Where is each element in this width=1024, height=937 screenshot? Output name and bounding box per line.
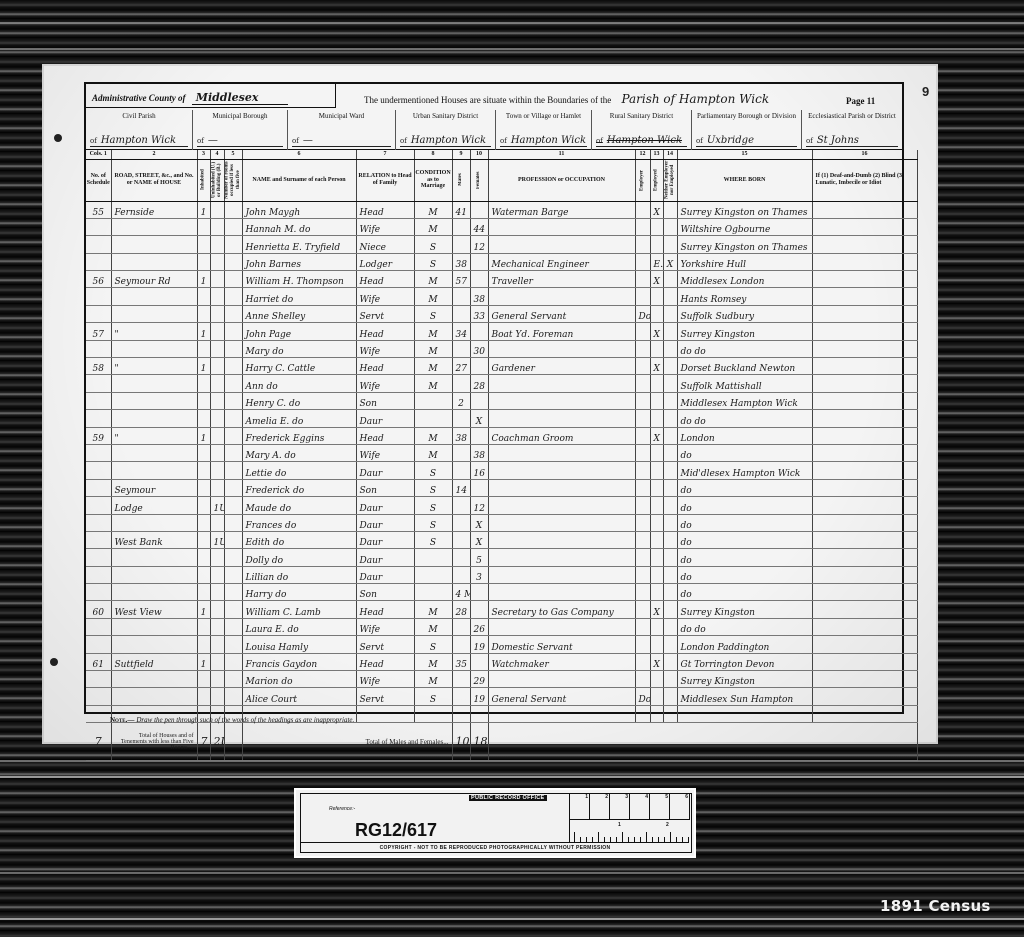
birthplace: do xyxy=(677,549,812,566)
inhabited: 1 xyxy=(197,323,210,340)
employed xyxy=(650,618,663,635)
scan-streak xyxy=(0,776,1024,778)
header-occupation: PROFESSION or OCCUPATION xyxy=(488,159,635,201)
schedule-number: 60 xyxy=(86,601,111,618)
header-road: ROAD, STREET, &c., and No. or NAME of HO… xyxy=(111,159,197,201)
person-name: Harry C. Cattle xyxy=(242,358,356,375)
infirmity xyxy=(812,427,917,444)
rooms xyxy=(224,253,242,270)
schedule-number xyxy=(86,618,111,635)
inhabited xyxy=(197,514,210,531)
male-age xyxy=(452,236,470,253)
inhabited xyxy=(197,566,210,583)
road-or-house: Seymour xyxy=(111,479,197,496)
male-age xyxy=(452,218,470,235)
relation: Head xyxy=(356,201,414,218)
person-name: Ann do xyxy=(242,375,356,392)
employer xyxy=(635,479,650,496)
relation: Wife xyxy=(356,288,414,305)
male-age xyxy=(452,288,470,305)
employed xyxy=(650,549,663,566)
employer xyxy=(635,618,650,635)
col-num: 10 xyxy=(470,150,488,159)
employer xyxy=(635,549,650,566)
road-or-house: Lodge xyxy=(111,497,197,514)
employer xyxy=(635,671,650,688)
birthplace: Wiltshire Ogbourne xyxy=(677,218,812,235)
schedule-number xyxy=(86,688,111,705)
relation: Daur xyxy=(356,514,414,531)
male-age: 35 xyxy=(452,653,470,670)
table-row: 61Suttfield1Francis GaydonHeadM35Watchma… xyxy=(86,653,917,670)
header-females: Females xyxy=(470,159,488,201)
relation: Daur xyxy=(356,531,414,548)
ruler-mark: 2 xyxy=(666,822,669,828)
inhabited xyxy=(197,618,210,635)
header-where-born: WHERE BORN xyxy=(677,159,812,201)
male-age xyxy=(452,671,470,688)
employed xyxy=(650,531,663,548)
table-row: Lillian doDaur3do xyxy=(86,566,917,583)
schedule-number xyxy=(86,253,111,270)
occupation xyxy=(488,375,635,392)
employer xyxy=(635,340,650,357)
inhabited-total: 7 xyxy=(197,723,210,761)
male-age xyxy=(452,514,470,531)
neither xyxy=(663,497,677,514)
infirmity xyxy=(812,375,917,392)
copyright-notice: COPYRIGHT - NOT TO BE REPRODUCED PHOTOGR… xyxy=(301,842,689,852)
female-age: 3 xyxy=(470,566,488,583)
inhabited xyxy=(197,305,210,322)
rooms xyxy=(224,288,242,305)
birthplace: Surrey Kingston on Thames xyxy=(677,236,812,253)
employer: Dom xyxy=(635,688,650,705)
person-name: Marion do xyxy=(242,671,356,688)
occupation xyxy=(488,218,635,235)
rooms xyxy=(224,201,242,218)
occupation xyxy=(488,392,635,409)
condition: M xyxy=(414,288,452,305)
employer xyxy=(635,653,650,670)
female-age xyxy=(470,201,488,218)
road-or-house: West Bank xyxy=(111,531,197,548)
header-neither: Neither Employer nor Employed xyxy=(663,159,677,201)
female-age xyxy=(470,601,488,618)
neither xyxy=(663,410,677,427)
neither xyxy=(663,288,677,305)
rooms xyxy=(224,479,242,496)
inhabited xyxy=(197,549,210,566)
admin-county-value: Middlesex xyxy=(192,91,289,105)
condition xyxy=(414,392,452,409)
inhabited xyxy=(197,288,210,305)
person-name: Laura E. do xyxy=(242,618,356,635)
table-row: Alice CourtServtS19General ServantDomMid… xyxy=(86,688,917,705)
inhabited xyxy=(197,688,210,705)
female-age: 26 xyxy=(470,618,488,635)
relation xyxy=(356,705,414,722)
totals-blank xyxy=(488,723,917,761)
employed xyxy=(650,514,663,531)
inhabited xyxy=(197,236,210,253)
uninhabited: 1U xyxy=(210,497,224,514)
uninhabited xyxy=(210,549,224,566)
rooms xyxy=(224,410,242,427)
person-name: Henry C. do xyxy=(242,392,356,409)
condition: M xyxy=(414,444,452,461)
road-or-house xyxy=(111,688,197,705)
census-table: Cols. 1 2 3 4 5 6 7 8 9 10 11 12 13 14 1… xyxy=(86,150,918,761)
road-or-house xyxy=(111,584,197,601)
male-age xyxy=(452,444,470,461)
condition: S xyxy=(414,253,452,270)
header-uninhabited: Uninhabited (U.) or Building (B.) xyxy=(210,159,224,201)
relation: Daur xyxy=(356,462,414,479)
employer xyxy=(635,271,650,288)
schedule-number: 55 xyxy=(86,201,111,218)
uninhabited xyxy=(210,601,224,618)
female-age: 33 xyxy=(470,305,488,322)
employer xyxy=(635,444,650,461)
rooms xyxy=(224,305,242,322)
schedule-number: 61 xyxy=(86,653,111,670)
table-row: 55Fernside1John MayghHeadM41Waterman Bar… xyxy=(86,201,917,218)
rooms xyxy=(224,514,242,531)
occupation xyxy=(488,444,635,461)
road-or-house xyxy=(111,253,197,270)
infirmity xyxy=(812,340,917,357)
relation: Daur xyxy=(356,549,414,566)
uninhabited xyxy=(210,618,224,635)
birthplace: do do xyxy=(677,410,812,427)
birthplace: Middlesex Hampton Wick xyxy=(677,392,812,409)
note-text: Draw the pen through such of the words o… xyxy=(136,716,354,724)
schedule-number xyxy=(86,375,111,392)
uninhabited xyxy=(210,305,224,322)
rooms xyxy=(224,549,242,566)
employed: X xyxy=(650,271,663,288)
district-value: ofUxbridge xyxy=(696,135,797,147)
inhabited xyxy=(197,392,210,409)
inhabited: 1 xyxy=(197,201,210,218)
col-num: 8 xyxy=(414,150,452,159)
district-town-village: Town or Village or Hamlet ofHampton Wick xyxy=(496,110,592,150)
road-or-house xyxy=(111,340,197,357)
of-label: of xyxy=(292,137,299,145)
male-age: 34 xyxy=(452,323,470,340)
rooms xyxy=(224,340,242,357)
relation: Wife xyxy=(356,444,414,461)
employed xyxy=(650,288,663,305)
neither xyxy=(663,671,677,688)
table-row: Marion doWifeM29Surrey Kingston xyxy=(86,671,917,688)
male-age xyxy=(452,410,470,427)
condition: M xyxy=(414,671,452,688)
employed: X xyxy=(650,653,663,670)
person-name: Maude do xyxy=(242,497,356,514)
males-total: 10 xyxy=(452,723,470,761)
totals-row: 7 Total of Houses and of Tenements with … xyxy=(86,723,917,761)
infirmity xyxy=(812,218,917,235)
male-age: 38 xyxy=(452,427,470,444)
rooms xyxy=(224,323,242,340)
employed xyxy=(650,584,663,601)
rooms xyxy=(224,531,242,548)
infirmity xyxy=(812,531,917,548)
female-age: 19 xyxy=(470,636,488,653)
birthplace: do xyxy=(677,444,812,461)
col-num: 6 xyxy=(242,150,356,159)
person-name: Dolly do xyxy=(242,549,356,566)
birthplace: Mid'dlesex Hampton Wick xyxy=(677,462,812,479)
occupation: Waterman Barge xyxy=(488,201,635,218)
female-age xyxy=(470,253,488,270)
infirmity xyxy=(812,462,917,479)
road-or-house: " xyxy=(111,323,197,340)
ruler-cm: 1 2 3 4 5 6 xyxy=(570,794,690,820)
occupation: Traveller xyxy=(488,271,635,288)
neither xyxy=(663,201,677,218)
employer xyxy=(635,566,650,583)
of-label: of xyxy=(500,137,507,145)
table-row: Mary doWifeM30do do xyxy=(86,340,917,357)
female-age: X xyxy=(470,410,488,427)
col-num: 2 xyxy=(111,150,197,159)
table-row: Harriet doWifeM38Hants Romsey xyxy=(86,288,917,305)
schedule-number xyxy=(86,218,111,235)
employed: X xyxy=(650,323,663,340)
schedule-number xyxy=(86,410,111,427)
inhabited: 1 xyxy=(197,271,210,288)
header-infirmity: If (1) Deaf-and-Dumb (2) Blind (3) Lunat… xyxy=(812,159,917,201)
person-name: Henrietta E. Tryfield xyxy=(242,236,356,253)
of-label: of xyxy=(400,137,407,145)
employed: X xyxy=(650,358,663,375)
persons-total-label: Total of Males and Females... xyxy=(242,723,452,761)
inhabited: 1 xyxy=(197,358,210,375)
infirmity xyxy=(812,410,917,427)
table-row: Lodge1UMaude doDaurS12do xyxy=(86,497,917,514)
road-or-house xyxy=(111,618,197,635)
scan-streak xyxy=(0,872,1024,874)
person-name: Hannah M. do xyxy=(242,218,356,235)
condition: S xyxy=(414,462,452,479)
birthplace: Surrey Kingston on Thames xyxy=(677,201,812,218)
person-name: Harriet do xyxy=(242,288,356,305)
relation: Daur xyxy=(356,566,414,583)
road-or-house xyxy=(111,671,197,688)
employed xyxy=(650,636,663,653)
birthplace: London Paddington xyxy=(677,636,812,653)
district-municipal-ward: Municipal Ward of— xyxy=(288,110,396,150)
table-row: 58"1Harry C. CattleHeadM27GardenerXDorse… xyxy=(86,358,917,375)
header-schedule: No. of Schedule xyxy=(86,159,111,201)
person-name: Alice Court xyxy=(242,688,356,705)
condition: M xyxy=(414,653,452,670)
road-or-house xyxy=(111,410,197,427)
uninhabited xyxy=(210,288,224,305)
district-parliamentary: Parliamentary Borough or Division ofUxbr… xyxy=(692,110,802,150)
relation: Wife xyxy=(356,618,414,635)
ruler-mark: 6 xyxy=(670,794,690,819)
table-row: Amelia E. doDaurXdo do xyxy=(86,410,917,427)
header-males: Males xyxy=(452,159,470,201)
person-name: William H. Thompson xyxy=(242,271,356,288)
table-row: 59"1Frederick EgginsHeadM38Coachman Groo… xyxy=(86,427,917,444)
male-age xyxy=(452,531,470,548)
employed xyxy=(650,671,663,688)
ruler-mark: 2 xyxy=(590,794,610,819)
col-num: 3 xyxy=(197,150,210,159)
schedule-number xyxy=(86,549,111,566)
ruler-mark: 1 xyxy=(618,822,621,828)
female-age xyxy=(470,427,488,444)
occupation: Boat Yd. Foreman xyxy=(488,323,635,340)
employed xyxy=(650,566,663,583)
schedule-number: 58 xyxy=(86,358,111,375)
road-or-house xyxy=(111,305,197,322)
uninhabited xyxy=(210,444,224,461)
neither xyxy=(663,236,677,253)
inhabited xyxy=(197,410,210,427)
male-age: 57 xyxy=(452,271,470,288)
rooms xyxy=(224,584,242,601)
col-num: 5 xyxy=(224,150,242,159)
relation: Head xyxy=(356,323,414,340)
female-age: 44 xyxy=(470,218,488,235)
reference-prefix: Reference:- xyxy=(329,806,355,812)
employer xyxy=(635,497,650,514)
table-row: SeymourFrederick doSonS14do xyxy=(86,479,917,496)
rooms xyxy=(224,671,242,688)
person-name: Anne Shelley xyxy=(242,305,356,322)
of-label: of xyxy=(806,137,813,145)
boundaries-statement: The undermentioned Houses are situate wi… xyxy=(364,92,769,106)
infirmity xyxy=(812,514,917,531)
neither xyxy=(663,705,677,722)
inhabited xyxy=(197,462,210,479)
neither xyxy=(663,549,677,566)
rooms xyxy=(224,375,242,392)
district-label: Parliamentary Borough or Division xyxy=(697,112,796,120)
road-or-house xyxy=(111,549,197,566)
boundaries-value: Parish of Hampton Wick xyxy=(621,92,769,106)
of-label: of xyxy=(197,137,204,145)
header-name: NAME and Surname of each Person xyxy=(242,159,356,201)
condition: M xyxy=(414,375,452,392)
schedule-number: 59 xyxy=(86,427,111,444)
table-row: Harry doSon4 Mosdo xyxy=(86,584,917,601)
male-age xyxy=(452,375,470,392)
column-header-row: No. of Schedule ROAD, STREET, &c., and N… xyxy=(86,159,917,201)
occupation xyxy=(488,236,635,253)
census-form: Administrative County of Middlesex The u… xyxy=(84,82,904,714)
relation: Head xyxy=(356,601,414,618)
road-or-house: " xyxy=(111,427,197,444)
schedule-number xyxy=(86,584,111,601)
employer xyxy=(635,323,650,340)
infirmity xyxy=(812,358,917,375)
district-value-text: — xyxy=(208,135,218,146)
infirmity xyxy=(812,497,917,514)
form-title-row: Administrative County of Middlesex The u… xyxy=(86,84,902,110)
district-urban-sanitary: Urban Sanitary District ofHampton Wick xyxy=(396,110,496,150)
relation: Son xyxy=(356,584,414,601)
relation: Wife xyxy=(356,671,414,688)
female-age xyxy=(470,271,488,288)
rooms xyxy=(224,462,242,479)
road-or-house xyxy=(111,392,197,409)
female-age: 38 xyxy=(470,288,488,305)
district-value: of— xyxy=(292,135,391,147)
male-age xyxy=(452,566,470,583)
uninhabited xyxy=(210,323,224,340)
district-label: Town or Village or Hamlet xyxy=(506,112,581,120)
road-or-house xyxy=(111,236,197,253)
uninhabited xyxy=(210,392,224,409)
reference-code: RG12/617 xyxy=(355,820,437,841)
occupation: Watchmaker xyxy=(488,653,635,670)
inhabited xyxy=(197,218,210,235)
infirmity xyxy=(812,288,917,305)
neither xyxy=(663,305,677,322)
male-age xyxy=(452,705,470,722)
male-age: 4 Mos xyxy=(452,584,470,601)
district-label: Municipal Ward xyxy=(319,112,364,120)
male-age xyxy=(452,462,470,479)
condition: S xyxy=(414,236,452,253)
ruler-tick xyxy=(622,832,623,842)
condition: M xyxy=(414,271,452,288)
neither xyxy=(663,601,677,618)
occupation xyxy=(488,497,635,514)
col-num: 9 xyxy=(452,150,470,159)
female-age: X xyxy=(470,531,488,548)
relation: Wife xyxy=(356,340,414,357)
female-age: 38 xyxy=(470,444,488,461)
header-employer: Employer xyxy=(635,159,650,201)
occupation xyxy=(488,462,635,479)
person-name: John Maygh xyxy=(242,201,356,218)
column-number-row: Cols. 1 2 3 4 5 6 7 8 9 10 11 12 13 14 1… xyxy=(86,150,917,159)
road-or-house xyxy=(111,288,197,305)
col-num: Cols. 1 xyxy=(86,150,111,159)
employed: X xyxy=(650,601,663,618)
infirmity xyxy=(812,618,917,635)
inhabited xyxy=(197,253,210,270)
birthplace: do xyxy=(677,566,812,583)
infirmity xyxy=(812,444,917,461)
neither xyxy=(663,618,677,635)
road-or-house: Suttfield xyxy=(111,653,197,670)
rooms xyxy=(224,688,242,705)
condition: M xyxy=(414,323,452,340)
neither xyxy=(663,636,677,653)
male-age: 27 xyxy=(452,358,470,375)
image-caption: 1891 Census xyxy=(880,897,991,915)
female-age: 19 xyxy=(470,688,488,705)
uninhabited xyxy=(210,462,224,479)
occupation: Mechanical Engineer xyxy=(488,253,635,270)
schedule-number xyxy=(86,340,111,357)
district-municipal-borough: Municipal Borough of— xyxy=(193,110,288,150)
census-rows: 55Fernside1John MayghHeadM41Waterman Bar… xyxy=(86,201,917,723)
uninhabited xyxy=(210,636,224,653)
district-label: Rural Sanitary District xyxy=(610,112,673,120)
table-row: Anne ShelleyServtS33General ServantDomSu… xyxy=(86,305,917,322)
table-row: John BarnesLodgerS38Mechanical EngineerE… xyxy=(86,253,917,270)
